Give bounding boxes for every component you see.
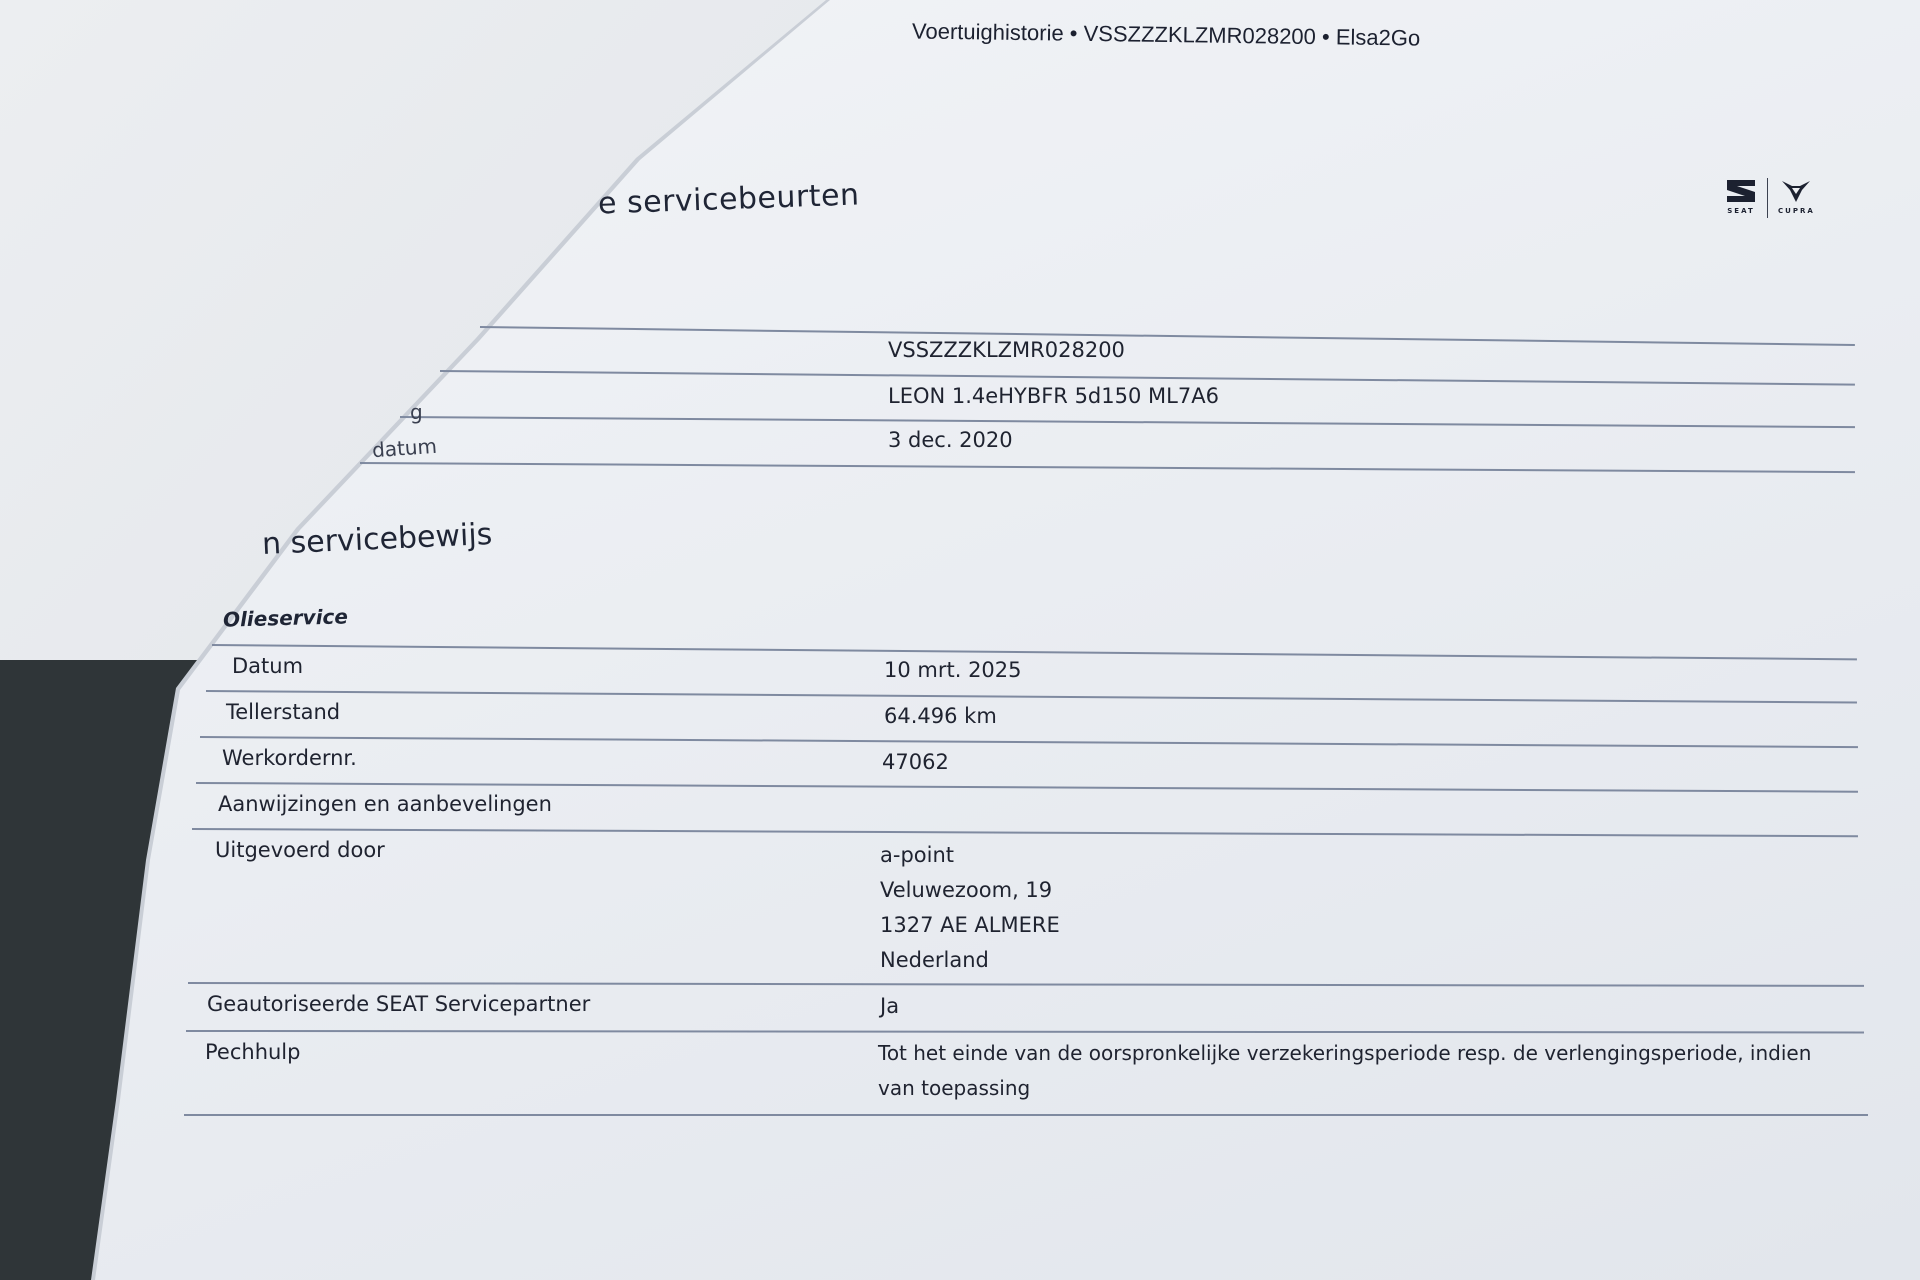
recommendations-label: Aanwijzingen en aanbevelingen [218, 792, 552, 816]
service-date-label: Datum [232, 654, 303, 678]
work-order-value: 47062 [882, 750, 949, 774]
cupra-logo-icon [1780, 178, 1812, 204]
service-date-value: 10 mrt. 2025 [884, 658, 1022, 682]
divider [184, 1114, 1868, 1116]
service-type-heading: Olieservice [223, 604, 349, 631]
roadside-line-1: Tot het einde van de oorspronkelijke ver… [878, 1036, 1811, 1071]
odometer-label: Tellerstand [226, 700, 340, 724]
seat-logo: SEAT [1725, 178, 1757, 215]
performed-by-address: a-point Veluwezoom, 19 1327 AE ALMERE Ne… [880, 838, 1060, 978]
first-registration-value: 3 dec. 2020 [888, 428, 1013, 452]
model-value: LEON 1.4eHYBFR 5d150 ML7A6 [888, 384, 1219, 408]
seat-logo-text: SEAT [1727, 207, 1754, 215]
seat-logo-icon [1725, 178, 1757, 204]
work-order-label: Werkordernr. [222, 746, 357, 770]
dealer-name: a-point [880, 838, 1060, 873]
cupra-logo: CUPRA [1778, 178, 1815, 215]
dealer-city: 1327 AE ALMERE [880, 908, 1060, 943]
roadside-line-2: van toepassing [878, 1071, 1811, 1106]
performed-by-label: Uitgevoerd door [215, 838, 385, 862]
date-label-fragment: datum [371, 434, 437, 462]
dealer-country: Nederland [880, 943, 1060, 978]
authorized-partner-label: Geautoriseerde SEAT Servicepartner [207, 992, 590, 1016]
authorized-partner-value: Ja [880, 994, 899, 1018]
vin-value: VSSZZZKLZMR028200 [888, 338, 1125, 362]
brand-logos: SEAT CUPRA [1725, 178, 1815, 218]
dealer-street: Veluwezoom, 19 [880, 873, 1060, 908]
cupra-logo-text: CUPRA [1778, 207, 1815, 215]
roadside-assistance-value: Tot het einde van de oorspronkelijke ver… [878, 1036, 1811, 1106]
odometer-value: 64.496 km [884, 704, 997, 728]
logo-divider [1767, 178, 1768, 218]
roadside-assistance-label: Pechhulp [205, 1040, 300, 1064]
model-label-fragment: g [410, 400, 423, 424]
